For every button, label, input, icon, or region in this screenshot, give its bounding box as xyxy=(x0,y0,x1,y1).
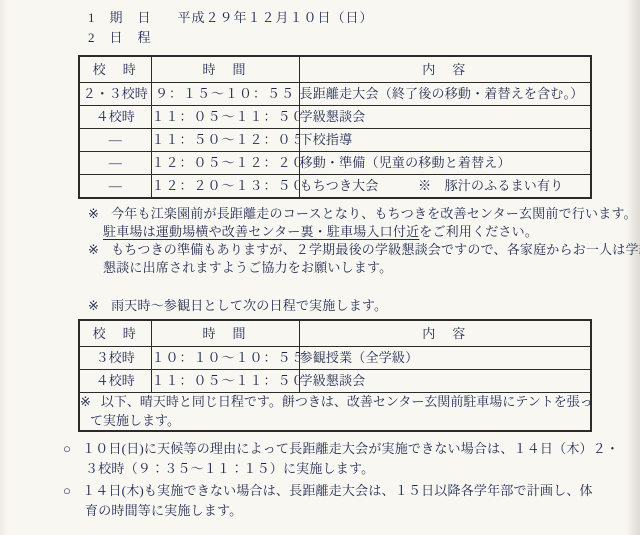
content-cell: 下校指導 xyxy=(299,129,591,152)
table-row: ４校時 １１：０５～１１：５０ 学級懇談会 xyxy=(79,370,591,393)
period-cell: ― xyxy=(79,129,151,152)
contingency-item: ○１４日(木)も実施できない場合は、長距離走大会は、１５日以降各学年部で計画し、… xyxy=(0,481,640,521)
content-cell: もちつき大会 ※ 豚汁のふるまい有り xyxy=(299,175,591,199)
table-row: ― １２：２０～１３：５０ もちつき大会 ※ 豚汁のふるまい有り xyxy=(79,175,591,199)
period-cell: ４校時 xyxy=(79,370,151,393)
period-cell: ４校時 xyxy=(79,106,151,129)
table-row: ― １１：５０～１２：０５ 下校指導 xyxy=(79,129,591,152)
schedule-heading: 2日 程 xyxy=(88,29,640,47)
contingency-section: ○１０日(日)に天候等の理由によって長距離走大会が実施できない場合は、１４日（木… xyxy=(0,439,640,521)
reference-mark-icon: ※ xyxy=(80,394,91,409)
table-header-row: 校 時 時 間 内 容 xyxy=(79,320,591,347)
contingency-text: １４日(木)も実施できない場合は、長距離走大会は、１５日以降各学年部で計画し、体 xyxy=(82,483,593,498)
content-header: 内 容 xyxy=(299,320,591,347)
table-row: ― １２：０５～１２：２０ 移動・準備（児童の移動と着替え） xyxy=(79,152,591,175)
time-cell: ９：１５～１０：５５ xyxy=(151,83,299,106)
period-cell: ３校時 xyxy=(79,347,151,370)
content-cell: 長距離走大会（終了後の移動・着替えを含む。） xyxy=(299,83,591,106)
period-header: 校 時 xyxy=(79,320,151,347)
reference-mark-icon: ※ xyxy=(88,298,99,313)
content-header: 内 容 xyxy=(299,56,591,83)
contingency-text: １０日(日)に天候等の理由によって長距離走大会が実施できない場合は、１４日（木）… xyxy=(82,441,619,456)
footnote-line2: て実施します。 xyxy=(90,412,590,430)
content-cell: 参観授業（全学級） xyxy=(299,347,591,370)
time-cell: １１：０５～１１：５０ xyxy=(151,370,299,393)
content-cell: 移動・準備（児童の移動と着替え） xyxy=(299,152,591,175)
event-date: 平成２９年１２月１０日（日） xyxy=(178,10,374,25)
time-cell: １１：０５～１１：５０ xyxy=(151,106,299,129)
circle-bullet-icon: ○ xyxy=(63,441,71,456)
period-cell: ２・３校時 xyxy=(79,83,151,106)
note-attendance-line2: 懇談に出席されますようご協力をお願いします。 xyxy=(103,259,640,277)
time-header: 時 間 xyxy=(151,320,299,347)
date-label: 期 日 xyxy=(110,10,152,25)
contingency-1-line2: ３校時（９：３５～１１：１５）に実施します。 xyxy=(85,459,640,479)
reference-mark-icon: ※ xyxy=(88,206,99,221)
period-cell: ― xyxy=(79,175,151,199)
table-header-row: 校 時 時 間 内 容 xyxy=(79,56,591,83)
note-text: 今年も江楽園前が長距離走のコースとなり、もちつきを改善センター玄関前で行います。 xyxy=(111,206,637,221)
document-headings: 1期 日平成２９年１２月１０日（日） 2日 程 xyxy=(0,0,640,47)
time-cell: １２：２０～１３：５０ xyxy=(151,175,299,199)
note-text: もちつきの準備もありますが、２学期最後の学級懇談会ですので、各家庭からお一人は学… xyxy=(111,242,640,257)
underlined-parking-text: 駐車場は運動場横や改善センター裏・駐車場入口付近 xyxy=(103,224,419,239)
note-attendance-line1: ※もちつきの準備もありますが、２学期最後の学級懇談会ですので、各家庭からお一人は… xyxy=(88,241,640,259)
contingency-1-line1: ○１０日(日)に天候等の理由によって長距離走大会が実施できない場合は、１４日（木… xyxy=(63,439,640,459)
content-cell: 学級懇談会 xyxy=(299,106,591,129)
notes-section: ※今年も江楽園前が長距離走のコースとなり、もちつきを改善センター玄関前で行います… xyxy=(0,205,640,277)
time-header: 時 間 xyxy=(151,56,299,83)
schedule-label: 日 程 xyxy=(110,30,152,45)
contingency-2-line1: ○１４日(木)も実施できない場合は、長距離走大会は、１５日以降各学年部で計画し、… xyxy=(63,481,640,501)
rainy-day-schedule-table: 校 時 時 間 内 容 ３校時 １０：１０～１０：５５ 参観授業（全学級） ４校… xyxy=(78,319,592,431)
time-cell: １１：５０～１２：０５ xyxy=(151,129,299,152)
scanned-document: { "heading": { "no1": "1", "label1": "期 … xyxy=(0,0,640,535)
table-row: ３校時 １０：１０～１０：５５ 参観授業（全学級） xyxy=(79,347,591,370)
table-row: ４校時 １１：０５～１１：５０ 学級懇談会 xyxy=(79,106,591,129)
reference-mark-icon: ※ xyxy=(88,242,99,257)
rainy-day-note: ※雨天時～参観日として次の日程で実施します。 xyxy=(88,297,640,315)
main-schedule-table: 校 時 時 間 内 容 ２・３校時 ９：１５～１０：５５ 長距離走大会（終了後の… xyxy=(78,55,592,199)
time-cell: １２：０５～１２：２０ xyxy=(151,152,299,175)
contingency-item: ○１０日(日)に天候等の理由によって長距離走大会が実施できない場合は、１４日（木… xyxy=(0,439,640,479)
content-cell: 学級懇談会 xyxy=(299,370,591,393)
period-cell: ― xyxy=(79,152,151,175)
date-heading: 1期 日平成２９年１２月１０日（日） xyxy=(88,9,640,27)
rain-note-text: 雨天時～参観日として次の日程で実施します。 xyxy=(111,298,387,313)
note-parking-line2: 駐車場は運動場横や改善センター裏・駐車場入口付近をご利用ください。 xyxy=(103,223,640,241)
item-number-2: 2 xyxy=(88,30,96,45)
table-footnote-cell: ※以下、晴天時と同じ日程です。餅つきは、改善センター玄関前駐車場にテントを張っ … xyxy=(79,393,591,431)
period-header: 校 時 xyxy=(79,56,151,83)
footnote-line1: ※以下、晴天時と同じ日程です。餅つきは、改善センター玄関前駐車場にテントを張っ xyxy=(80,393,590,411)
note-text: をご利用ください。 xyxy=(419,224,538,239)
table-footnote-row: ※以下、晴天時と同じ日程です。餅つきは、改善センター玄関前駐車場にテントを張っ … xyxy=(79,393,591,431)
table-row: ２・３校時 ９：１５～１０：５５ 長距離走大会（終了後の移動・着替えを含む。） xyxy=(79,83,591,106)
note-parking-line1: ※今年も江楽園前が長距離走のコースとなり、もちつきを改善センター玄関前で行います… xyxy=(88,205,640,223)
contingency-2-line2: 育の時間等に実施します。 xyxy=(85,501,640,521)
circle-bullet-icon: ○ xyxy=(63,483,71,498)
time-cell: １０：１０～１０：５５ xyxy=(151,347,299,370)
item-number-1: 1 xyxy=(88,10,96,25)
footnote-text: 以下、晴天時と同じ日程です。餅つきは、改善センター玄関前駐車場にテントを張っ xyxy=(101,394,591,409)
